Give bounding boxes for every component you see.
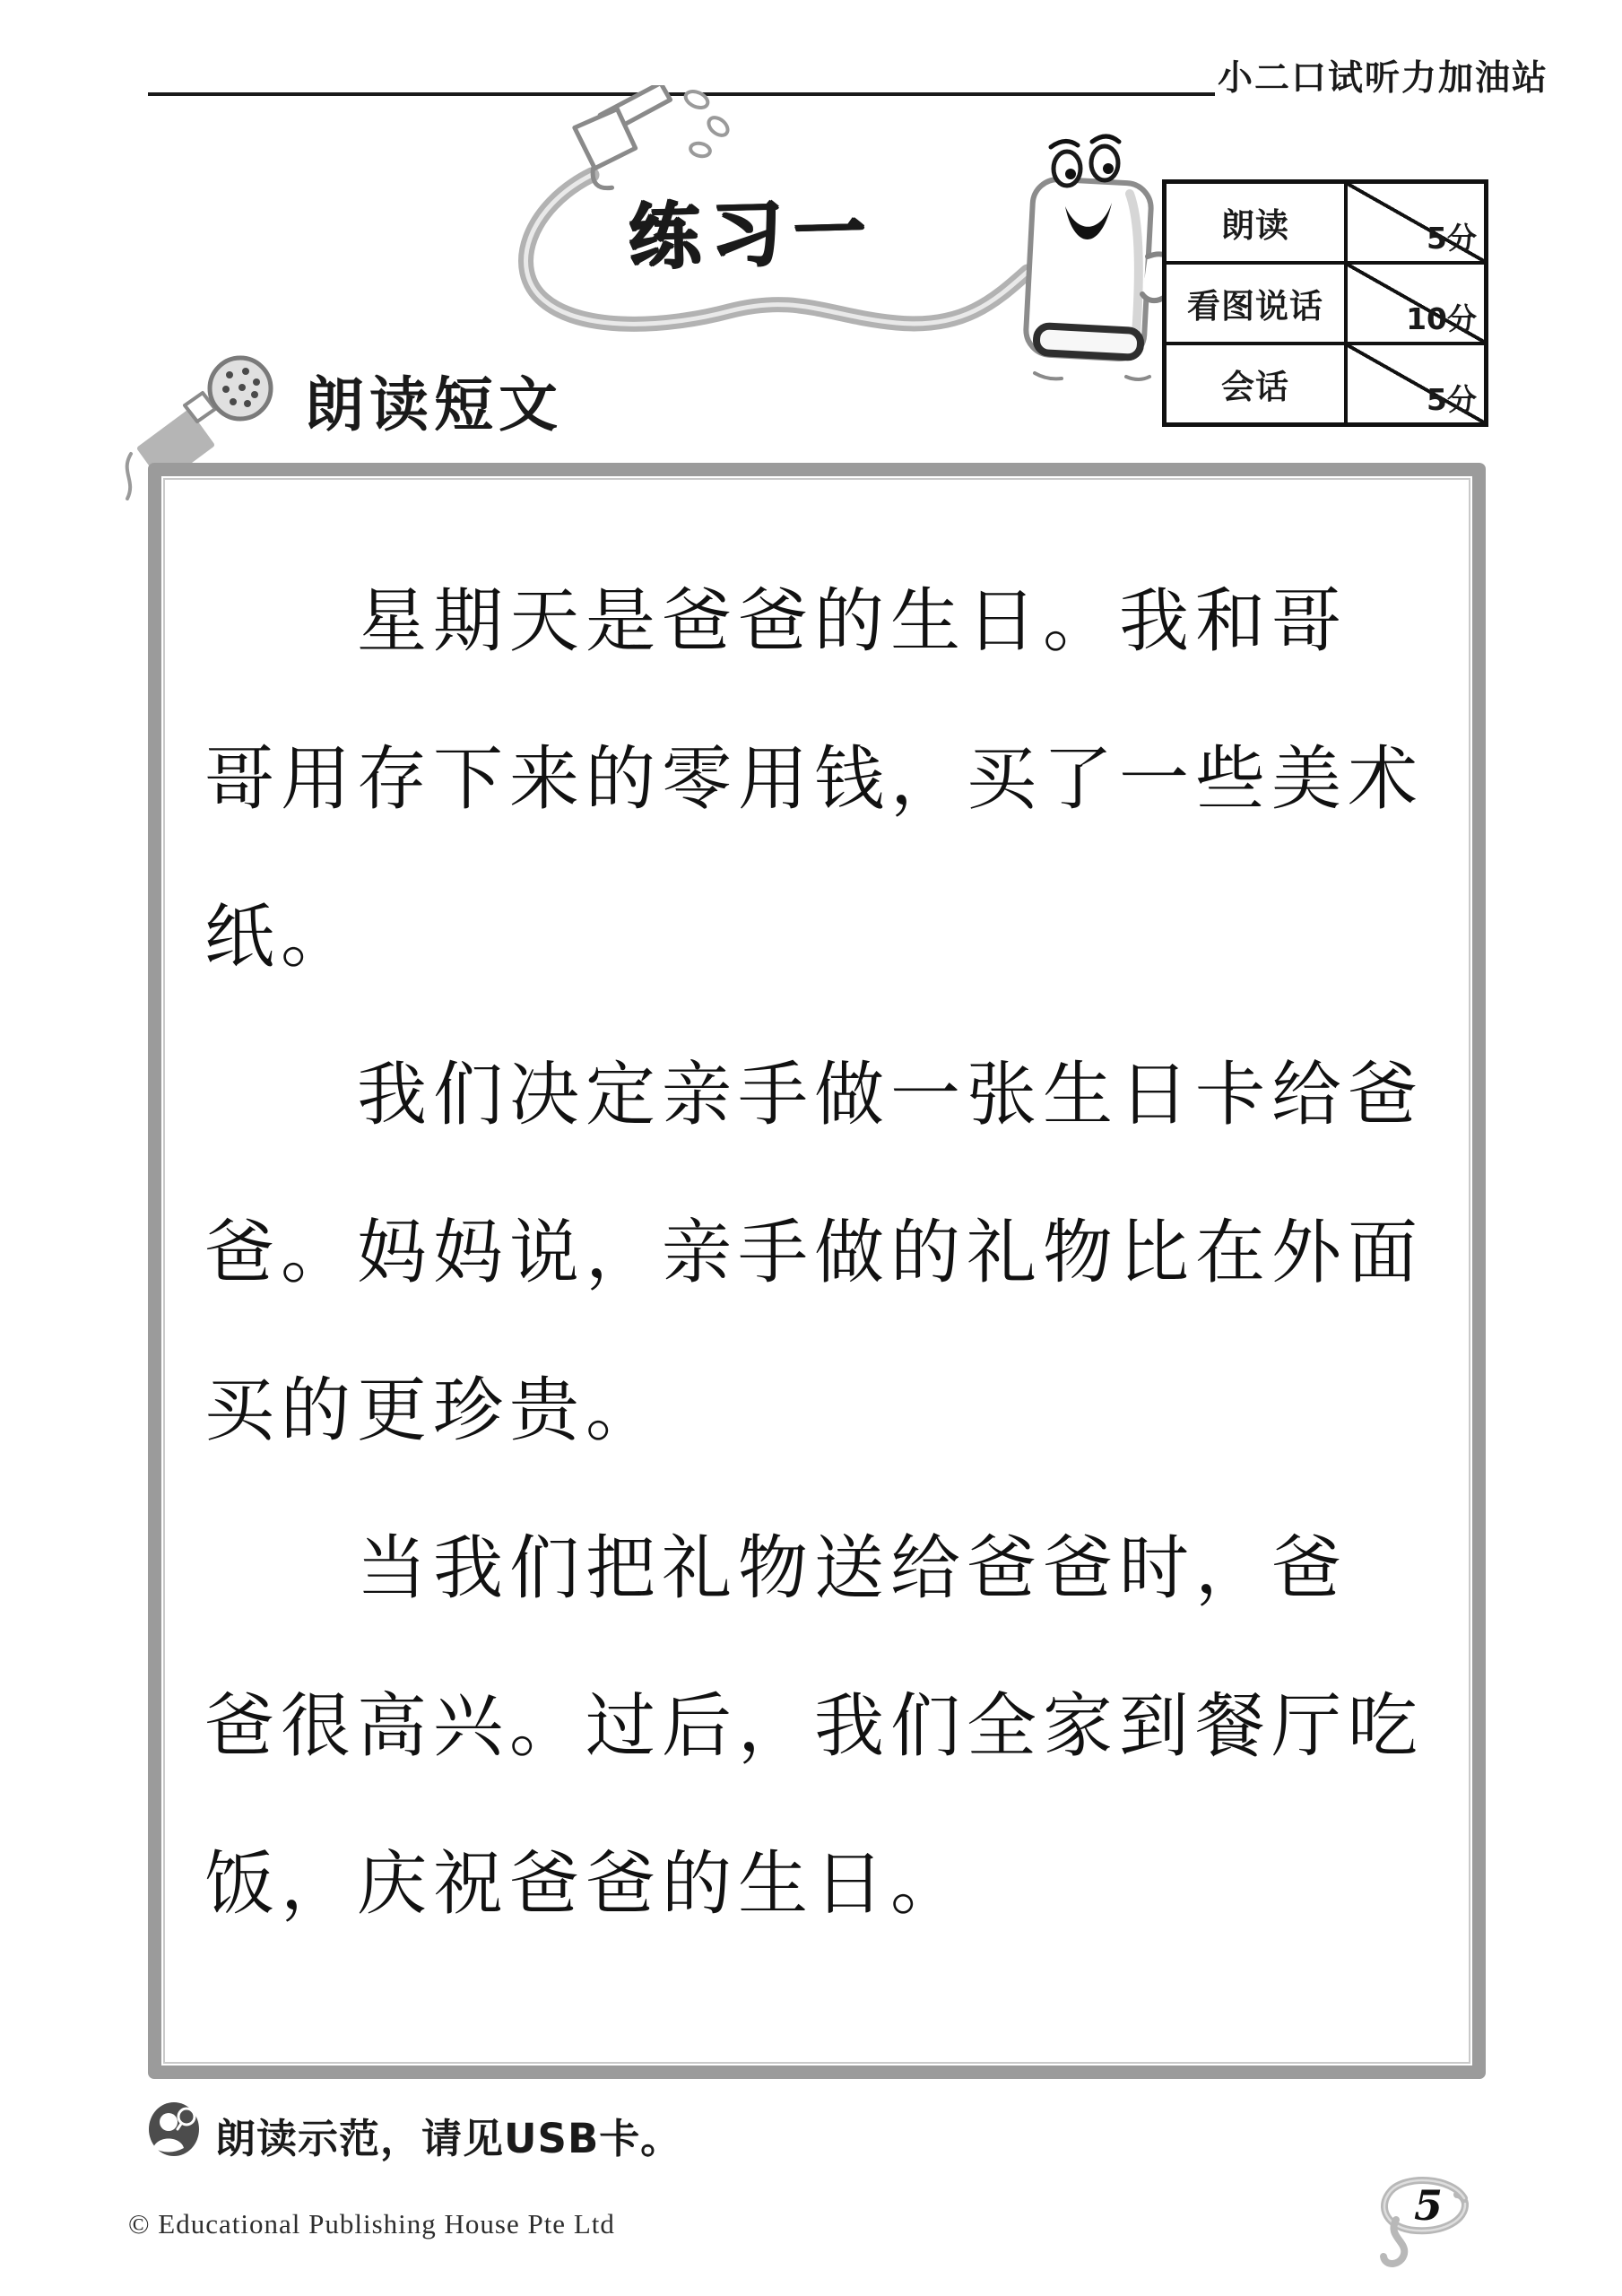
usb-note-text: 朗读示范，请见USB卡。 [215, 2106, 681, 2164]
score-row-label: 看图说话 [1167, 261, 1344, 342]
passage-line: 买的更珍贵。 [204, 1332, 1438, 1490]
exercise-title: 练习一 [627, 172, 877, 282]
score-value: 10分 [1406, 296, 1477, 338]
passage-line: 星期天是爸爸的生日。我和哥 [204, 543, 1438, 700]
passage-line: 纸。 [204, 858, 1438, 1016]
fuel-pump-character-icon [1025, 136, 1176, 395]
page-number: 5 [1414, 2181, 1443, 2230]
score-value: 5分 [1427, 377, 1477, 419]
workbook-page: 小二口试听力加油站 [0, 0, 1622, 2296]
passage-line: 哥用存下来的零用钱，买了一些美术 [204, 700, 1438, 858]
passage-line: 我们决定亲手做一张生日卡给爸 [204, 1016, 1438, 1174]
score-cell: 5分 [1344, 184, 1484, 261]
booklet-title: 小二口试听力加油站 [1218, 50, 1522, 100]
score-table: 朗读 5分 看图说话 10分 会话 5分 [1162, 179, 1488, 427]
passage-line: 当我们把礼物送给爸爸时，爸 [204, 1490, 1438, 1648]
passage: 星期天是爸爸的生日。我和哥 哥用存下来的零用钱，买了一些美术 纸。 我们决定亲手… [161, 476, 1472, 1963]
passage-box: 星期天是爸爸的生日。我和哥 哥用存下来的零用钱，买了一些美术 纸。 我们决定亲手… [148, 463, 1486, 2079]
passage-line: 饭，庆祝爸爸的生日。 [204, 1805, 1438, 1963]
passage-line: 爸很高兴。过后，我们全家到餐厅吃 [204, 1648, 1438, 1805]
score-value: 5分 [1427, 215, 1477, 257]
fuel-drops [683, 88, 731, 158]
score-row-label: 会话 [1167, 342, 1344, 422]
score-row-label: 朗读 [1167, 184, 1344, 261]
speaker-person-icon [146, 2101, 202, 2157]
footer-copyright: © Educational Publishing House Pte Ltd [128, 2208, 615, 2240]
score-cell: 10分 [1344, 261, 1484, 342]
score-cell: 5分 [1344, 342, 1484, 422]
passage-line: 爸。妈妈说，亲手做的礼物比在外面 [204, 1174, 1438, 1332]
